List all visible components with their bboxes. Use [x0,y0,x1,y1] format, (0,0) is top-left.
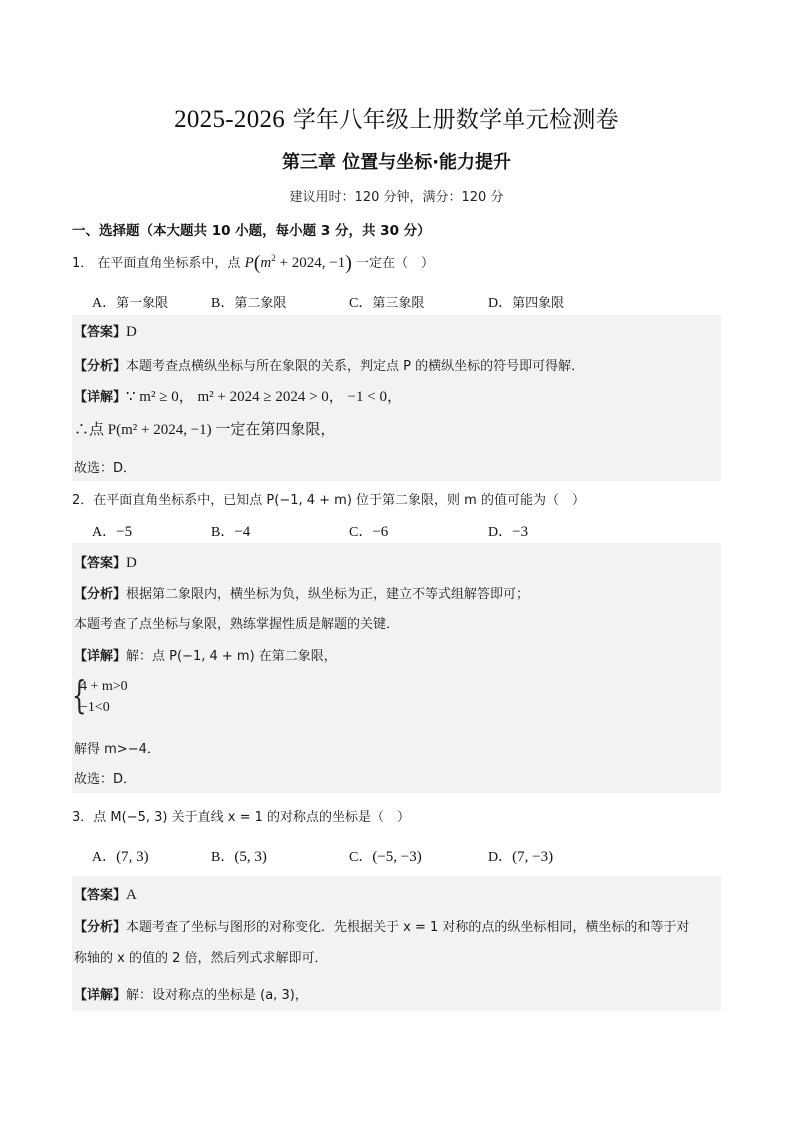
option-d: D．第四象限 [488,292,564,312]
analysis-line: 【分析】根据第二象限内，横坐标为负，纵坐标为正，建立不等式组解答即可； [74,583,529,602]
option-b: B．第二象限 [211,292,286,312]
analysis-line: 本题考查了点坐标与象限，熟练掌握性质是解题的关键． [74,613,399,632]
title-text: 学年八年级上册数学单元检测卷 [293,107,619,133]
system-line: −1<0 [80,700,110,716]
question-2-stem: 2．在平面直角坐标系中，已知点 P(−1, 4 + m) 位于第二象限，则 m … [72,489,585,508]
detail-line: 【详解】解：点 P(−1, 4 + m) 在第二象限， [74,645,337,664]
option-b: B．−4 [211,521,250,541]
answer-line: 【答案】D [74,321,137,341]
question-stem-text: 一定在（ ） [356,256,434,271]
analysis-line: 【分析】本题考查了坐标与图形的对称变化．先根据关于 x = 1 对称的点的纵坐标… [74,916,689,935]
answer-line: 【答案】A [74,884,137,904]
system-line: 4 + m>0 [80,679,128,695]
option-d: D．−3 [488,521,528,541]
chapter-subtitle: 第三章 位置与坐标·能力提升 [0,148,793,174]
option-c: C．(−5, −3) [349,846,422,866]
option-a: A．第一象限 [92,292,168,312]
analysis-line: 称轴的 x 的值的 2 倍，然后列式求解即可． [74,947,328,966]
section-heading: 一、选择题（本大题共 10 小题，每小题 3 分，共 30 分） [72,219,431,239]
detail-line: 【详解】∵ m² ≥ 0， m² + 2024 ≥ 2024 > 0， −1 <… [74,385,402,406]
detail-line: 故选：D． [74,768,136,787]
detail-line: ∴点 P(m² + 2024, −1) 一定在第四象限， [74,418,335,439]
answer-line: 【答案】D [74,552,137,572]
exam-meta: 建议用时：120 分钟，满分：120 分 [0,186,793,205]
option-c: C．第三象限 [349,292,424,312]
option-a: A．(7, 3) [92,846,149,866]
question-stem-text: 在平面直角坐标系中，点 [97,256,240,271]
option-a: A．−5 [92,521,132,541]
detail-line: 解得 m>−4． [74,738,160,757]
analysis-line: 【分析】本题考查点横纵坐标与所在象限的关系，判定点 P 的横纵坐标的符号即可得解… [74,355,584,374]
title-year: 2025-2026 [174,106,285,133]
math-expression: P(m2 + 2024, −1) [245,255,352,271]
option-b: B．(5, 3) [211,846,267,866]
option-d: D．(7, −3) [488,846,553,866]
detail-line: 【详解】解：设对称点的坐标是 (a, 3)， [74,984,308,1003]
question-3-stem: 3．点 M(−5, 3) 关于直线 x = 1 的对称点的坐标是（ ） [72,806,410,825]
question-1-stem: 1． 在平面直角坐标系中，点 P(m2 + 2024, −1) 一定在（ ） [72,252,434,275]
question-number: 1． [72,256,93,271]
option-c: C．−6 [349,521,388,541]
page-title: 2025-2026 学年八年级上册数学单元检测卷 [0,101,793,134]
detail-line: 故选：D． [74,457,136,476]
answer-block-2 [72,543,721,793]
